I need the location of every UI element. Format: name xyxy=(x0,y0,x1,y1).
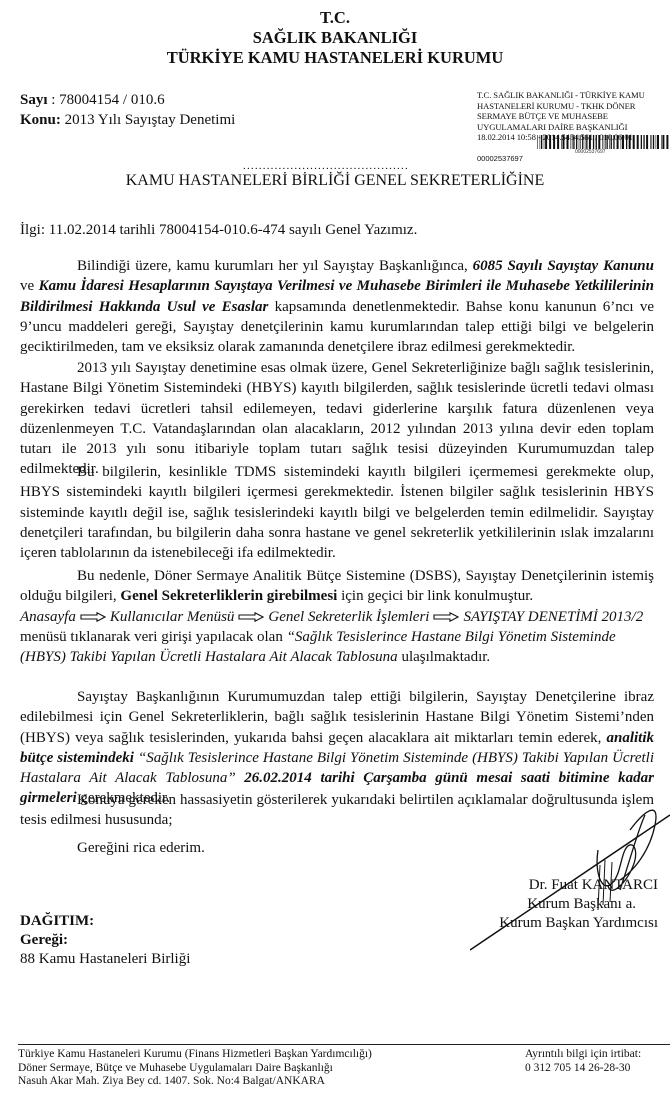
text: 2013 yılı Sayıştay denetimine esas olmak… xyxy=(20,360,654,477)
text: için geçici bir link konulmuştur. xyxy=(337,588,533,604)
menu-path-item: Anasayfa xyxy=(20,609,76,625)
signatory-title: Kurum Başkanı a. xyxy=(468,895,658,914)
signatory-block: Dr. Fuat KANTARCI Kurum Başkanı a. Kurum… xyxy=(468,876,658,933)
reference-line: İlgi: 11.02.2014 tarihli 78004154-010.6-… xyxy=(20,222,417,239)
text: menüsü tıklanarak veri girişi yapılacak … xyxy=(20,629,287,645)
footer-line: Türkiye Kamu Hastaneleri Kurumu (Finans … xyxy=(18,1048,372,1062)
footer-line: Döner Sermaye, Bütçe ve Muhasebe Uygulam… xyxy=(18,1062,372,1076)
menu-path-item: Kullanıcılar Menüsü xyxy=(110,609,235,625)
footer-contact-label: Ayrıntılı bilgi için irtibat: xyxy=(525,1048,641,1062)
text: Bilindiği üzere, kamu kurumları her yıl … xyxy=(77,258,473,274)
stamp-line: SERMAYE BÜTÇE VE MUHASEBE xyxy=(477,111,670,122)
signatory-title: Kurum Başkan Yardımcısı xyxy=(468,914,658,933)
text: ve xyxy=(20,278,39,294)
paragraph-3: Bu bilgilerin, kesinlikle TDMS sistemind… xyxy=(20,462,654,563)
menu-path: AnasayfaKullanıcılar MenüsüGenel Sekrete… xyxy=(20,609,643,625)
text: Gereğini rica ederim. xyxy=(77,840,205,856)
konu-line: Konu: 2013 Yılı Sayıştay Denetimi xyxy=(20,112,235,129)
arrow-right-icon xyxy=(238,612,264,622)
law-reference: 6085 Sayılı Sayıştay Kanunu xyxy=(473,258,654,274)
paragraph-4: Bu nedenle, Döner Sermaye Analitik Bütçe… xyxy=(20,566,654,667)
stamp-line: UYGULAMALARI DAİRE BAŞKANLIĞI xyxy=(477,122,670,133)
distribution-item: 88 Kamu Hastaneleri Birliği xyxy=(20,950,190,969)
paragraph-1: Bilindiği üzere, kamu kurumları her yıl … xyxy=(20,256,654,357)
menu-path-item: SAYIŞTAY DENETİMİ 2013/2 xyxy=(463,609,643,625)
footer-divider xyxy=(18,1044,670,1045)
arrow-right-icon xyxy=(80,612,106,622)
header-tc: T.C. xyxy=(0,8,670,28)
text: ulaşılmaktadır. xyxy=(398,649,490,665)
distribution-heading: DAĞITIM: xyxy=(20,912,190,931)
text: Sayıştay Başkanlığının Kurumumuzdan tale… xyxy=(20,689,654,746)
footer-phone: 0 312 705 14 26-28-30 xyxy=(525,1062,641,1076)
sayi-value: : 78004154 / 010.6 xyxy=(51,92,164,108)
header-institution: TÜRKİYE KAMU HASTANELERİ KURUMU xyxy=(0,48,670,68)
emphasis: Genel Sekreterliklerin girebilmesi xyxy=(120,588,337,604)
stamp-line: HASTANELERİ KURUMU - TKHK DÖNER xyxy=(477,101,670,112)
signatory-name: Dr. Fuat KANTARCI xyxy=(468,876,658,895)
addressee-dots: ........................................… xyxy=(243,160,409,172)
menu-path-item: Genel Sekreterlik İşlemleri xyxy=(268,609,429,625)
footer-contact: Ayrıntılı bilgi için irtibat: 0 312 705 … xyxy=(525,1048,641,1075)
konu-label: Konu: xyxy=(20,112,61,128)
footer-line: Nasuh Akar Mah. Ziya Bey cd. 1407. Sok. … xyxy=(18,1075,372,1089)
distribution-subheading: Gereği: xyxy=(20,931,190,950)
konu-value: 2013 Yılı Sayıştay Denetimi xyxy=(61,112,235,128)
barcode-number-small: 00002537697 xyxy=(575,149,606,155)
stamp-line: T.C. SAĞLIK BAKANLIĞI - TÜRKİYE KAMU xyxy=(477,90,670,101)
barcode-number: 00002537697 xyxy=(477,154,523,163)
footer-address: Türkiye Kamu Hastaneleri Kurumu (Finans … xyxy=(18,1048,372,1089)
arrow-right-icon xyxy=(433,612,459,622)
text: Bu bilgilerin, kesinlikle TDMS sistemind… xyxy=(20,464,654,561)
header-ministry: SAĞLIK BAKANLIĞI xyxy=(0,28,670,48)
sayi-label: Sayı xyxy=(20,92,48,108)
addressee: KAMU HASTANELERİ BİRLİĞİ GENEL SEKRETERL… xyxy=(0,172,670,190)
sayi-line: Sayı : 78004154 / 010.6 xyxy=(20,92,165,109)
distribution-block: DAĞITIM: Gereği: 88 Kamu Hastaneleri Bir… xyxy=(20,912,190,969)
barcode-icon xyxy=(537,135,670,149)
